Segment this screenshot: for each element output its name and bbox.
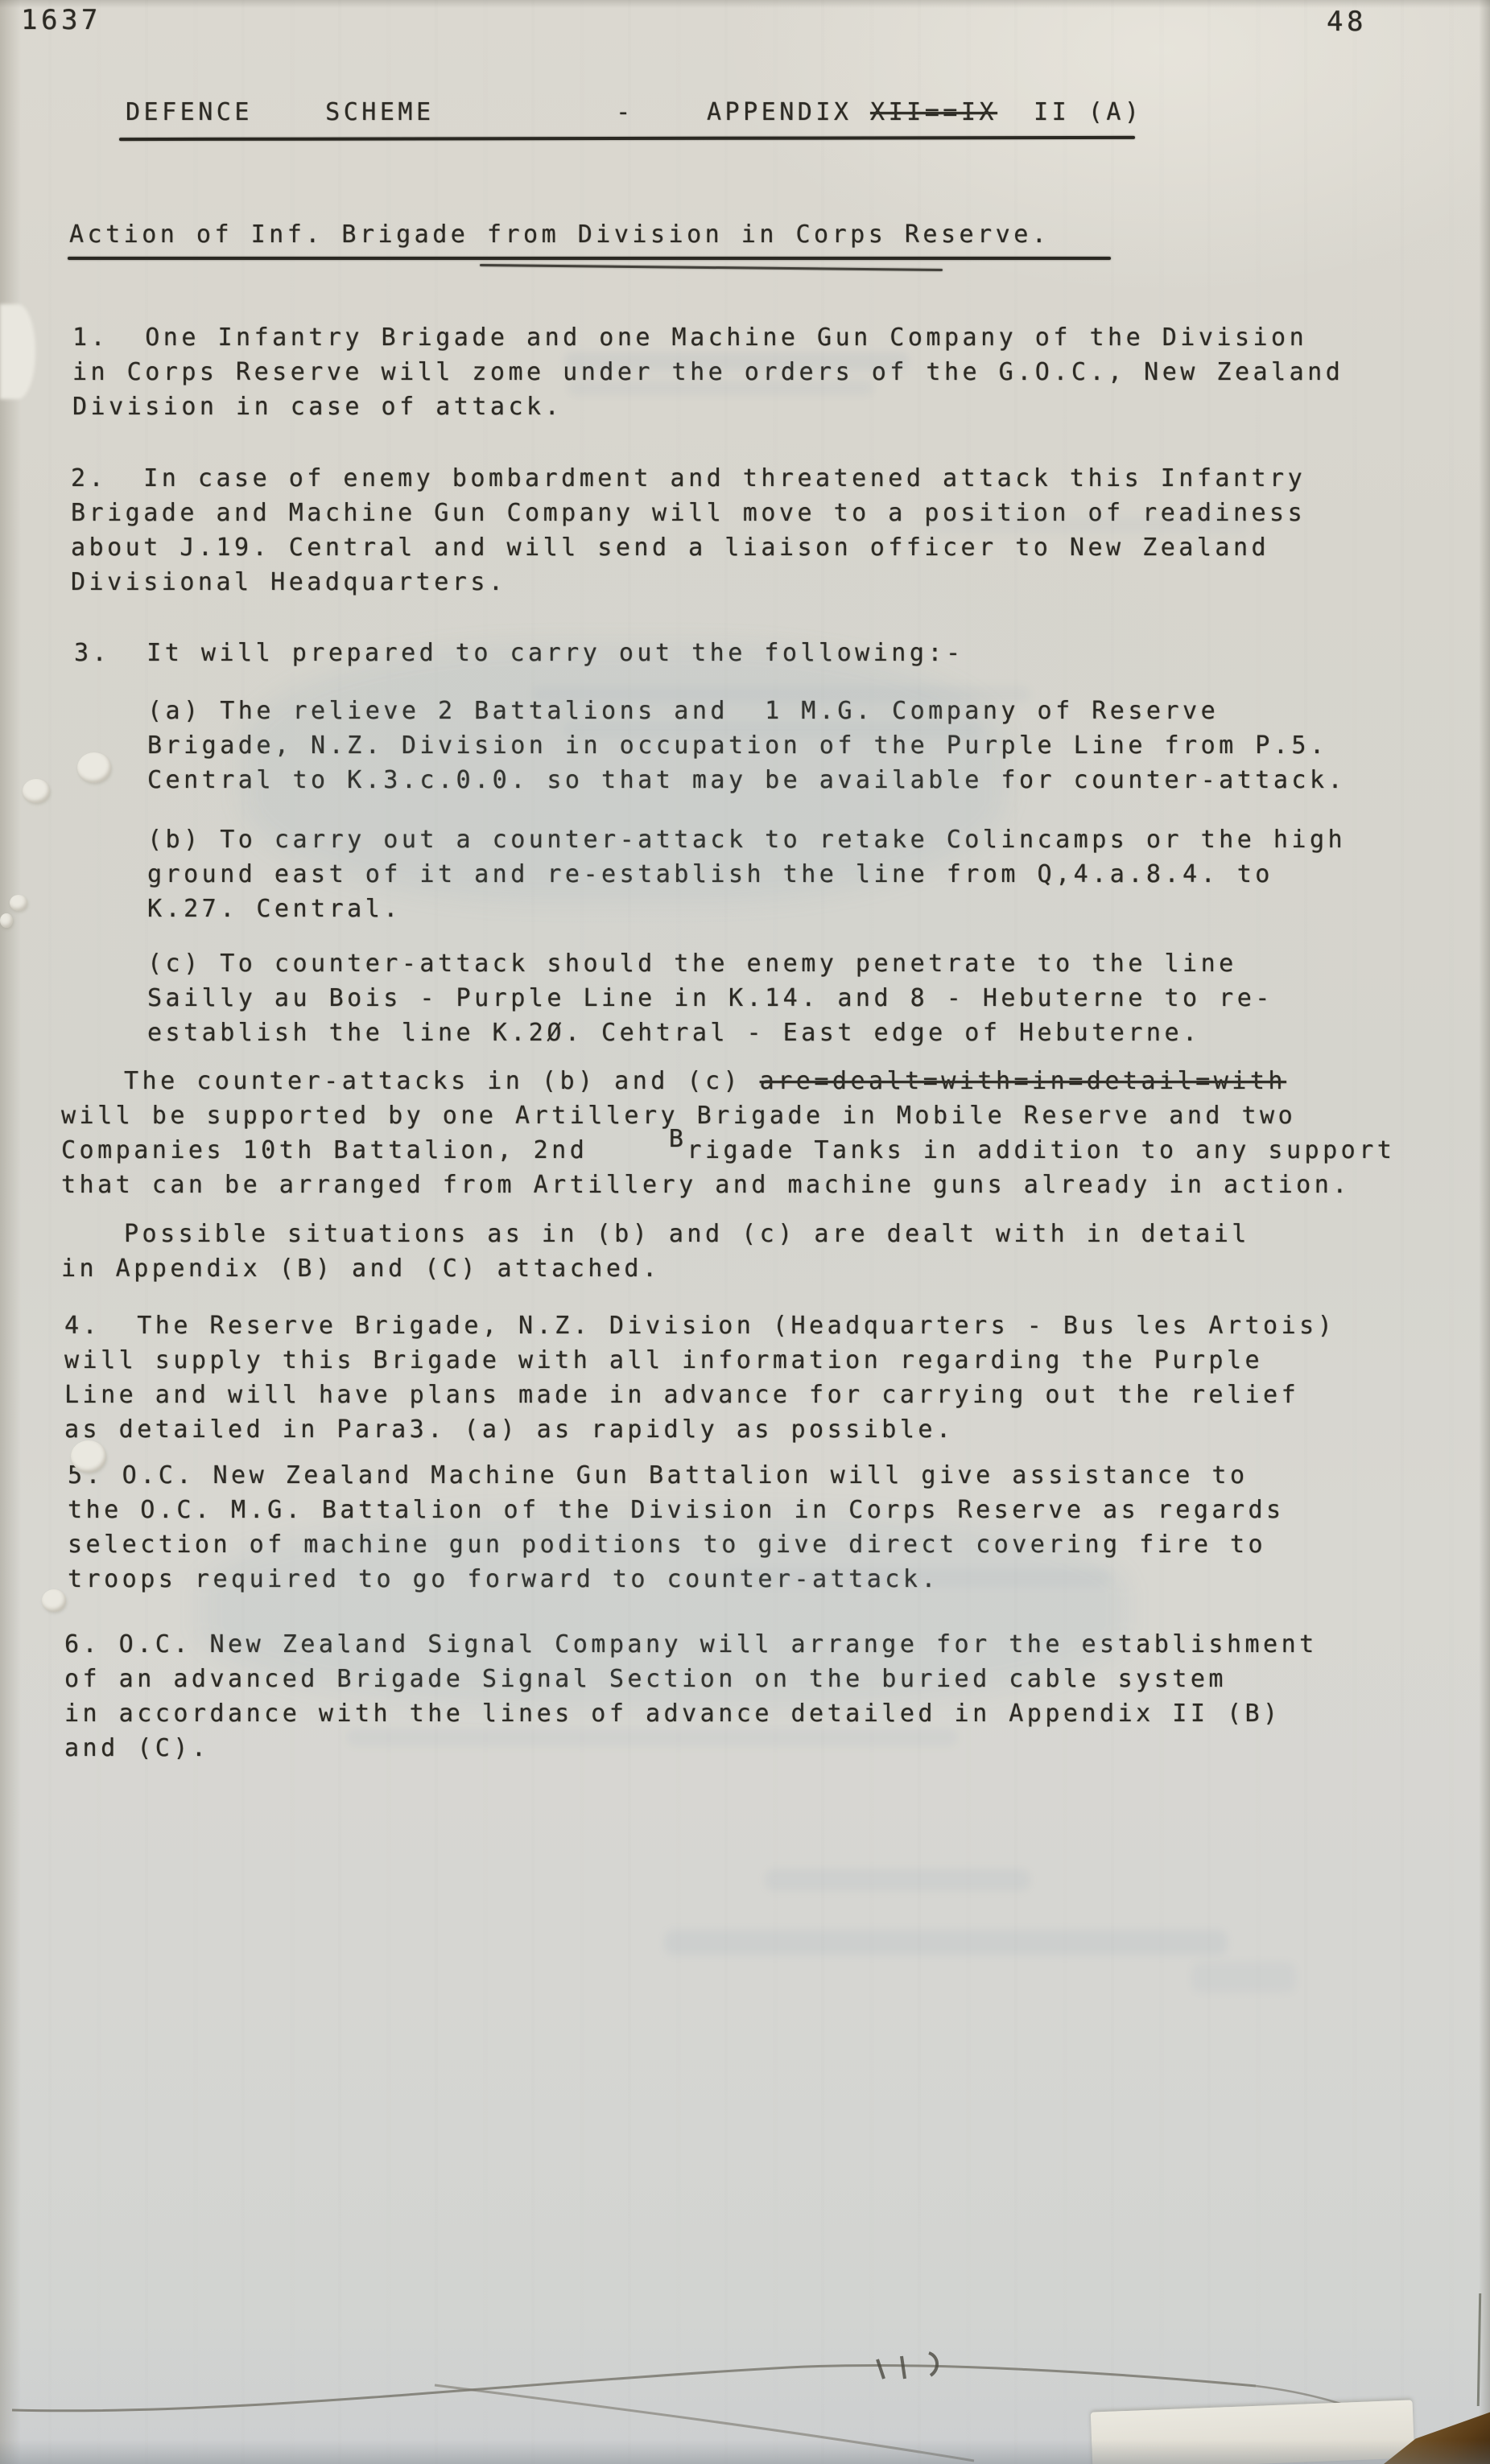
counter-attacks-text: The counter-attacks in (b) and (c) xyxy=(124,1067,760,1095)
document-page: 1637 48 DEFENCE SCHEME - APPENDIX XII==I… xyxy=(0,0,1490,2464)
bleed-through-line xyxy=(724,1569,1111,1587)
paper-blemish xyxy=(71,1440,106,1473)
paper-blemish xyxy=(77,752,111,783)
bleed-through-line xyxy=(765,1869,1030,1891)
torn-edge-patch xyxy=(0,304,35,399)
page-top-edge-shadow xyxy=(0,0,1490,8)
paper-blemish xyxy=(0,913,13,928)
header-struck-appendix-numbers: XII==IX xyxy=(870,98,997,126)
paragraph-1: 1. One Infantry Brigade and one Machine … xyxy=(72,320,1343,424)
counter-attacks-struck-text: are=dealt=with=in=detail=with xyxy=(760,1067,1286,1095)
bleed-through-line xyxy=(664,1930,1228,1955)
bleed-through-patch xyxy=(241,644,1006,901)
header-text: DEFENCE SCHEME - APPENDIX xyxy=(126,98,870,126)
bleed-through-line xyxy=(346,1729,958,1746)
folio-number-left: 1637 xyxy=(21,3,101,38)
paper-blemish xyxy=(10,895,27,911)
raised-letter-b: B xyxy=(606,1122,687,1156)
header-appendix-id: II (A) xyxy=(997,98,1143,126)
bleed-through-line xyxy=(531,686,1030,703)
document-header: DEFENCE SCHEME - APPENDIX XII==IX II (A) xyxy=(126,95,1142,130)
paper-blemish xyxy=(23,779,50,803)
paragraph-possible-situations: Possible situations as in (b) and (c) ar… xyxy=(61,1217,1250,1286)
paper-blemish xyxy=(42,1589,66,1612)
document-title: Action of Inf. Brigade from Division in … xyxy=(69,217,1050,252)
bottom-edge-shadow xyxy=(0,2440,1490,2464)
bleed-through-line xyxy=(568,380,873,396)
folio-number-right: 48 xyxy=(1327,5,1367,39)
bleed-through-patch xyxy=(201,1513,1127,1706)
paragraph-counter-attacks: The counter-attacks in (b) and (c) are=d… xyxy=(61,1064,1395,1202)
bleed-through-line xyxy=(926,517,1248,533)
page-right-edge-shadow xyxy=(1479,0,1490,2464)
bleed-through-mark xyxy=(1191,1962,1296,1992)
paragraph-4: 4. The Reserve Brigade, N.Z. Division (H… xyxy=(64,1308,1335,1447)
title-underline xyxy=(68,257,1111,260)
bleed-through-line xyxy=(563,722,982,738)
bleed-through-line xyxy=(563,352,910,371)
paragraph-3c: (c) To counter-attack should the enemy p… xyxy=(147,946,1273,1050)
